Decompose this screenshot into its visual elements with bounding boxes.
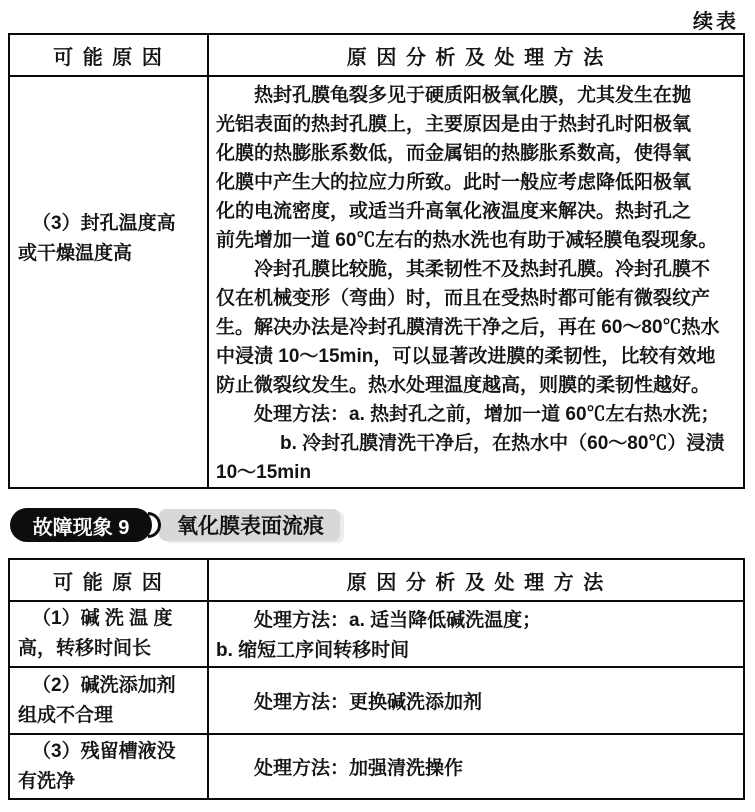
fault-number-badge: 故障现象 9 <box>10 508 152 542</box>
text-line: 冷封孔膜比较脆，其柔韧性不及热封孔膜。冷封孔膜不 <box>216 255 737 284</box>
fault-banner: 故障现象 9 氧化膜表面流痕 <box>10 508 340 542</box>
text-line: 10～15min <box>216 458 737 487</box>
text-line: 生。解决办法是冷封孔膜清洗干净之后，再在 60～80℃热水 <box>216 313 737 342</box>
column-header-analysis-treatment: 原 因 分 析 及 处 理 方 法 <box>209 35 743 75</box>
table-row: （1）碱 洗 温 度高，转移时间长 处理方法：a. 适当降低碱洗温度；b. 缩短… <box>10 602 743 668</box>
analysis-cell: 处理方法：a. 适当降低碱洗温度；b. 缩短工序间转移时间 <box>209 602 743 666</box>
text-line: （3）残留槽液没 <box>18 737 203 767</box>
text-line: 组成不合理 <box>18 701 203 731</box>
table-fault-9: 可 能 原 因 原 因 分 析 及 处 理 方 法 （1）碱 洗 温 度高，转移… <box>8 558 745 800</box>
analysis-cell: 热封孔膜龟裂多见于硬质阳极氧化膜，尤其发生在抛光铝表面的热封孔膜上，主要原因是由… <box>209 77 743 487</box>
text-line: 处理方法：a. 适当降低碱洗温度； <box>216 606 737 636</box>
table-row: （3）残留槽液没有洗净 处理方法：加强清洗操作 <box>10 735 743 798</box>
text-line: 热封孔膜龟裂多见于硬质阳极氧化膜，尤其发生在抛 <box>216 81 737 110</box>
fault-title: 氧化膜表面流痕 <box>159 509 340 541</box>
text-line: 化膜中产生大的拉应力所致。此时一般应考虑降低阳极氧 <box>216 168 737 197</box>
column-header-analysis-treatment: 原 因 分 析 及 处 理 方 法 <box>209 560 743 600</box>
text-line: b. 缩短工序间转移时间 <box>216 636 737 666</box>
text-line: （2）碱洗添加剂 <box>18 671 203 701</box>
text-line: 处理方法：加强清洗操作 <box>216 754 737 784</box>
analysis-cell: 处理方法：更换碱洗添加剂 <box>209 668 743 733</box>
cause-cell: （3）残留槽液没有洗净 <box>10 735 209 798</box>
cause-cell: （1）碱 洗 温 度高，转移时间长 <box>10 602 209 666</box>
cause-cell: （3）封孔温度高或干燥温度高 <box>10 77 209 487</box>
text-line: 处理方法：更换碱洗添加剂 <box>216 688 737 718</box>
continued-table-label: 续表 <box>693 5 739 34</box>
text-line: 有洗净 <box>18 767 203 797</box>
cause-cell: （2）碱洗添加剂组成不合理 <box>10 668 209 733</box>
text-line: 处理方法：a. 热封孔之前，增加一道 60℃左右热水洗； <box>216 400 737 429</box>
column-header-possible-cause: 可 能 原 因 <box>10 35 209 75</box>
text-line: 仅在机械变形（弯曲）时，而且在受热时都可能有微裂纹产 <box>216 284 737 313</box>
text-line: 或干燥温度高 <box>18 239 203 269</box>
table-row: （3）封孔温度高或干燥温度高 热封孔膜龟裂多见于硬质阳极氧化膜，尤其发生在抛光铝… <box>10 77 743 487</box>
table-header-row: 可 能 原 因 原 因 分 析 及 处 理 方 法 <box>10 35 743 77</box>
table-row: （2）碱洗添加剂组成不合理 处理方法：更换碱洗添加剂 <box>10 668 743 735</box>
text-line: 中浸渍 10～15min，可以显著改进膜的柔韧性，比较有效地 <box>216 342 737 371</box>
text-line: （3）封孔温度高 <box>18 209 203 239</box>
text-line: 防止微裂纹发生。热水处理温度越高，则膜的柔韧性越好。 <box>216 371 737 400</box>
table-header-row: 可 能 原 因 原 因 分 析 及 处 理 方 法 <box>10 560 743 602</box>
analysis-cell: 处理方法：加强清洗操作 <box>209 735 743 798</box>
text-line: b. 冷封孔膜清洗干净后，在热水中（60～80℃）浸渍 <box>216 429 737 458</box>
text-line: 化的电流密度，或适当升高氧化液温度来解决。热封孔之 <box>216 197 737 226</box>
scanned-document-page: 续表 可 能 原 因 原 因 分 析 及 处 理 方 法 （3）封孔温度高或干燥… <box>0 0 755 812</box>
text-line: （1）碱 洗 温 度 <box>18 604 203 634</box>
column-header-possible-cause: 可 能 原 因 <box>10 560 209 600</box>
text-line: 光铝表面的热封孔膜上，主要原因是由于热封孔时阳极氧 <box>216 110 737 139</box>
text-line: 高，转移时间长 <box>18 634 203 664</box>
table-continued: 可 能 原 因 原 因 分 析 及 处 理 方 法 （3）封孔温度高或干燥温度高… <box>8 33 745 489</box>
text-line: 前先增加一道 60℃左右的热水洗也有助于减轻膜龟裂现象。 <box>216 226 737 255</box>
text-line: 化膜的热膨胀系数低，而金属铝的热膨胀系数高，使得氧 <box>216 139 737 168</box>
